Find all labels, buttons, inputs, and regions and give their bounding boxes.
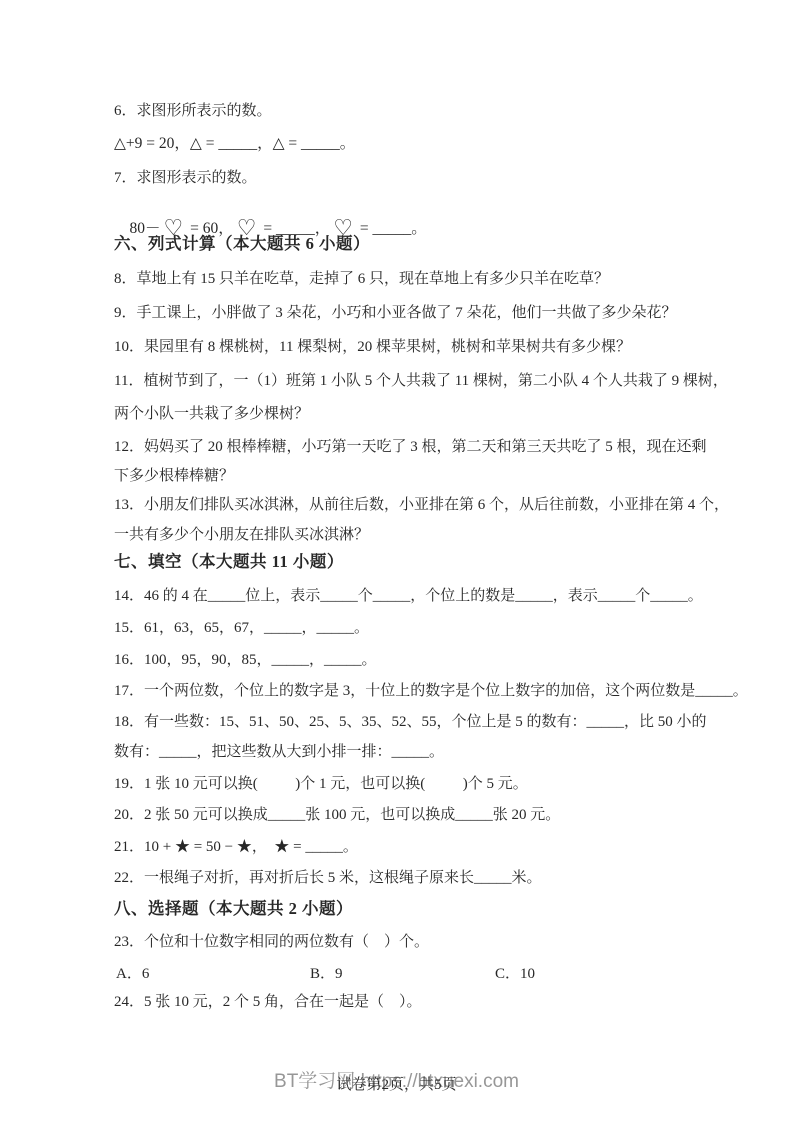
- question-20: 20．2 张 50 元可以换成_____张 100 元，也可以换成_____张 …: [114, 805, 700, 825]
- question-17: 17．一个两位数，个位上的数字是 3，十位上的数字是个位上数字的加倍，这个两位数…: [114, 681, 700, 701]
- question-22: 22．一根绳子对折，再对折后长 5 米，这根绳子原来长_____米。: [114, 868, 700, 888]
- option-b: B．9: [310, 962, 343, 983]
- option-c: C．10: [495, 962, 535, 983]
- question-12-line1: 12．妈妈买了 20 根棒棒糖，小巧第一天吃了 3 根，第二天和第三天共吃了 5…: [114, 437, 700, 457]
- question-19: 19．1 张 10 元可以换( )个 1 元，也可以换( )个 5 元。: [114, 774, 700, 794]
- heart-icon: ♡: [330, 220, 356, 235]
- question-11-line1: 11．植树节到了，一（1）班第 1 小队 5 个人共栽了 11 棵树，第二小队 …: [114, 371, 700, 391]
- question-7: 7．求图形表示的数。: [114, 168, 700, 188]
- question-6: 6．求图形所表示的数。: [114, 101, 700, 121]
- question-13-line2: 一共有多少个小朋友在排队买冰淇淋？: [114, 525, 700, 545]
- section-eight-heading: 八、选择题（本大题共 2 小题）: [114, 899, 700, 919]
- question-15: 15．61，63，65，67，_____，_____。: [114, 618, 700, 638]
- heart-icon: ♡: [161, 220, 187, 235]
- question-23-options: A．6 B．9 C．10: [114, 962, 700, 982]
- page-number-info: 试卷第2页，共5页: [0, 1073, 793, 1094]
- question-9: 9．手工课上，小胖做了 3 朵花，小巧和小亚各做了 7 朵花，他们一共做了多少朵…: [114, 303, 700, 323]
- option-a: A．6: [116, 962, 149, 983]
- question-10: 10．果园里有 8 棵桃树，11 棵梨树，20 棵苹果树，桃树和苹果树共有多少棵…: [114, 337, 700, 357]
- section-six-heading: 六、列式计算（本大题共 6 小题）: [114, 234, 700, 254]
- section-seven-heading: 七、填空（本大题共 11 小题）: [114, 552, 700, 572]
- question-24: 24．5 张 10 元，2 个 5 角，合在一起是（ ）。: [114, 992, 700, 1012]
- question-23: 23．个位和十位数字相同的两位数有（ ）个。: [114, 932, 700, 952]
- question-11-line2: 两个小队一共栽了多少棵树？: [114, 404, 700, 424]
- question-12-line2: 下多少根棒棒糖？: [114, 466, 700, 486]
- question-6-formula: △+9 = 20，△ = _____，△ = _____。: [114, 134, 700, 154]
- question-16: 16．100，95，90，85，_____，_____。: [114, 650, 700, 670]
- question-14: 14．46 的 4 在_____位上，表示_____个_____，个位上的数是_…: [114, 586, 700, 606]
- exam-document-page: 6．求图形所表示的数。 △+9 = 20，△ = _____，△ = _____…: [0, 0, 793, 1122]
- question-21: 21．10 + ★ = 50 − ★， ★ = _____。: [114, 837, 700, 857]
- question-13-line1: 13．小朋友们排队买冰淇淋，从前往后数，小亚排在第 6 个，从后往前数，小亚排在…: [114, 495, 700, 515]
- question-18-line1: 18．有一些数：15、51、50、25、5、35、52、55，个位上是 5 的数…: [114, 712, 700, 732]
- heart-icon: ♡: [234, 220, 260, 235]
- question-18-line2: 数有：_____，把这些数从大到小排一排：_____。: [114, 742, 700, 762]
- question-8: 8．草地上有 15 只羊在吃草，走掉了 6 只，现在草地上有多少只羊在吃草？: [114, 269, 700, 289]
